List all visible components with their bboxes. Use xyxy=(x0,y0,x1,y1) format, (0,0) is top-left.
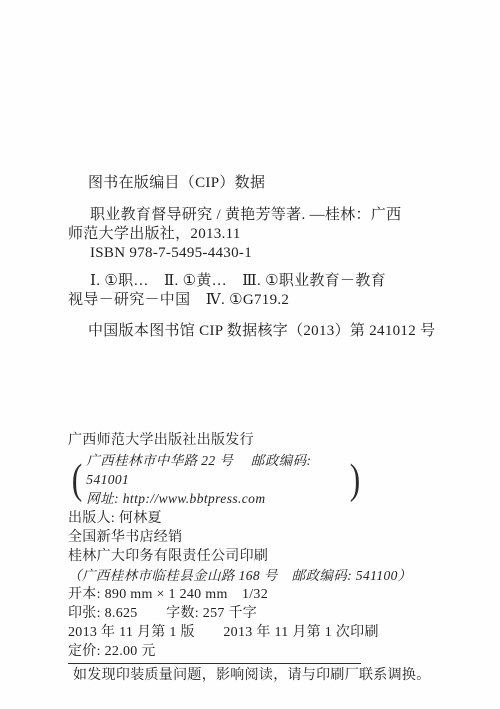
close-paren-glyph: ) xyxy=(350,461,361,499)
quality-note-line: 如发现印装质量问题，影响阅读，请与印刷厂联系调换。 xyxy=(68,666,458,685)
open-paren-glyph: ( xyxy=(72,461,83,499)
publisher-address-content: 广西桂林市中华路 22 号 邮政编码: 541001 网址: http://ww… xyxy=(86,451,348,508)
cip-entry-line1: 职业教育督导研究 / 黄艳芳等著. —桂林：广西 xyxy=(68,206,453,225)
printer-line: 桂林广大印务有限责任公司印刷 xyxy=(68,547,458,566)
sheets-words-line: 印张: 8.625 字数: 257 千字 xyxy=(68,604,458,623)
imprint-section: 广西师范大学出版社出版发行 ( 广西桂林市中华路 22 号 邮政编码: 5410… xyxy=(68,431,458,685)
edition-line: 2013 年 11 月第 1 版 2013 年 11 月第 1 次印刷 xyxy=(68,623,458,642)
publisher-line: 广西师范大学出版社出版发行 xyxy=(68,431,458,450)
publisher-address-block: ( 广西桂林市中华路 22 号 邮政编码: 541001 网址: http://… xyxy=(70,451,458,508)
price-line: 定价: 22.00 元 xyxy=(68,642,458,661)
divider-rule xyxy=(68,663,361,664)
cip-header: 图书在版编目（CIP）数据 xyxy=(68,174,453,193)
isbn-line: ISBN 978-7-5495-4430-1 xyxy=(68,244,453,263)
publisher-website-line: 网址: http://www.bbtpress.com xyxy=(86,489,348,508)
cip-record-number: 中国版本图书馆 CIP 数据核字（2013）第 241012 号 xyxy=(68,322,453,341)
publisher-person-line: 出版人: 何林夏 xyxy=(68,509,458,528)
cip-classification-line1: Ⅰ. ①职… Ⅱ. ①黄… Ⅲ. ①职业教育－教育 xyxy=(68,272,453,291)
cip-section: 图书在版编目（CIP）数据 职业教育督导研究 / 黄艳芳等著. —桂林：广西 师… xyxy=(68,174,453,341)
book-copyright-page: 图书在版编目（CIP）数据 职业教育督导研究 / 黄艳芳等著. —桂林：广西 师… xyxy=(0,0,500,709)
printer-address-line: （广西桂林市临桂县金山路 168 号 邮政编码: 541100） xyxy=(68,566,458,585)
distribution-line: 全国新华书店经销 xyxy=(68,528,458,547)
cip-classification-line2: 视导－研究－中国 Ⅳ. ①G719.2 xyxy=(68,291,453,310)
cip-entry-line2: 师范大学出版社，2013.11 xyxy=(68,225,453,244)
format-line: 开本: 890 mm × 1 240 mm 1/32 xyxy=(68,585,458,604)
publisher-address-line: 广西桂林市中华路 22 号 邮政编码: 541001 xyxy=(86,451,348,489)
